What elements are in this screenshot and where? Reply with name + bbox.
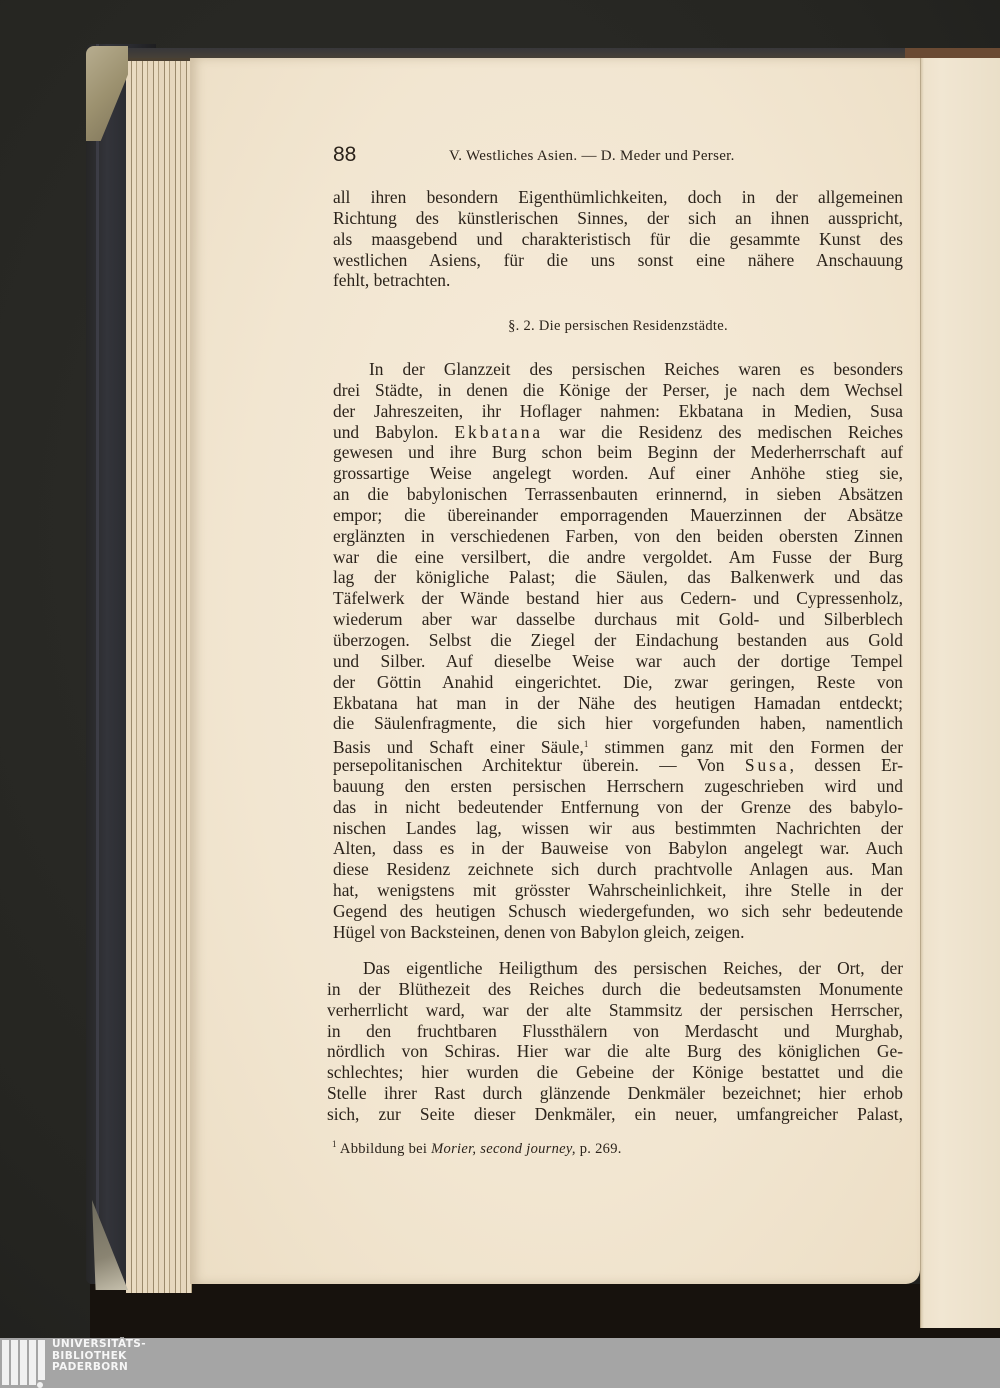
text-line: lag der königliche Palast; die Säulen, d… <box>333 567 903 588</box>
text-line: persepolitanischen Architektur überein. … <box>333 755 903 776</box>
text-line: Richtung des künstlerischen Sinnes, der … <box>333 208 903 229</box>
text-line: der Jahreszeiten, ihr Hoflager nahmen: E… <box>333 401 903 422</box>
library-logo-icon <box>0 1340 44 1386</box>
library-footer-bar <box>0 1338 1000 1388</box>
text-line: drei Städte, in denen die Könige der Per… <box>333 380 903 401</box>
text-line: empor; die übereinander emporragenden Ma… <box>333 505 903 526</box>
logo-line-1: UNIVERSITÄTS- <box>52 1339 146 1351</box>
text-line: der Göttin Anahid eingerichtet. Die, zwa… <box>333 672 903 693</box>
text-line: das in nicht bedeutender Entfernung von … <box>333 797 903 818</box>
text-line: in den fruchtbaren Flussthälern von Merd… <box>327 1021 903 1042</box>
text-line: bauung den ersten persischen Herrschern … <box>333 776 903 797</box>
emphasized-name: Susa <box>745 755 790 775</box>
text-line: überzogen. Selbst die Ziegel der Eindach… <box>333 630 903 651</box>
text-run: und Babylon. <box>333 422 454 442</box>
text-line: nischen Landes lag, wissen wir aus besti… <box>333 818 903 839</box>
text-line: war die eine versilbert, die andre vergo… <box>333 547 903 568</box>
text-line: schlechtes; hier wurden die Gebeine der … <box>327 1062 903 1083</box>
text-run: persepolitanischen Architektur überein. … <box>333 755 745 775</box>
facing-page-edge <box>920 58 1000 1328</box>
footnote-citation: Morier, second journey, <box>431 1141 576 1157</box>
emphasized-name: Ekbatana <box>454 422 543 442</box>
footnote-text: p. 269. <box>576 1141 622 1157</box>
text-line: in der Blüthezeit des Reiches durch die … <box>327 979 903 1000</box>
text-line: wiederum aber war dasselbe durchaus mit … <box>333 609 903 630</box>
text-run: war die Residenz des medischen Reiches <box>543 422 903 442</box>
paragraph-continued: all ihren besondern Eigenthümlichkeiten,… <box>333 187 903 291</box>
section-heading: §. 2. Die persischen Residenzstädte. <box>333 318 903 335</box>
paragraph-residences: In der Glanzzeit des persischen Reiches … <box>333 359 903 943</box>
text-line: und Babylon. Ekbatana war die Residenz d… <box>333 422 903 443</box>
text-line: Ekbatana hat man in der Nähe des heutige… <box>333 693 903 714</box>
text-line: erglänzten in verschiedenen Farben, von … <box>333 526 903 547</box>
library-logo-text: UNIVERSITÄTS- BIBLIOTHEK PADERBORN <box>52 1339 146 1374</box>
footnote: 1 Abbildung bei Morier, second journey, … <box>332 1139 622 1158</box>
text-run: , dessen Er- <box>790 755 903 775</box>
footnote-text: Abbildung bei <box>337 1141 431 1157</box>
text-line: In der Glanzzeit des persischen Reiches … <box>333 359 903 380</box>
page-number: 88 <box>333 143 356 167</box>
text-line: Stelle ihrer Rast durch glänzende Denkmä… <box>327 1083 903 1104</box>
text-line: diese Residenz zeichnete sich durch prac… <box>333 859 903 880</box>
text-line: die Säulenfragmente, die sich hier vorge… <box>333 713 903 734</box>
text-line: und Silber. Auf dieselbe Weise war auch … <box>333 651 903 672</box>
text-line: sich, zur Seite dieser Denkmäler, ein ne… <box>327 1104 903 1125</box>
text-line: grossartige Weise angelegt worden. Auf e… <box>333 463 903 484</box>
running-head: V. Westliches Asien. — D. Meder und Pers… <box>449 148 735 165</box>
text-line: gewesen und ihre Burg schon beim Beginn … <box>333 442 903 463</box>
text-line: hat, wenigstens mit grösster Wahrscheinl… <box>333 880 903 901</box>
text-line: all ihren besondern Eigenthümlichkeiten,… <box>333 187 903 208</box>
text-line: an die babylonischen Terrassenbauten eri… <box>333 484 903 505</box>
text-line: nördlich von Schiras. Hier war die alte … <box>327 1041 903 1062</box>
book-shadow <box>90 1284 1000 1338</box>
text-line: westlichen Asiens, für die uns sonst ein… <box>333 250 903 271</box>
text-line: Basis und Schaft einer Säule,1 stimmen g… <box>333 734 903 755</box>
text-line: Hügel von Backsteinen, denen von Babylon… <box>333 922 903 943</box>
logo-line-3: PADERBORN <box>52 1362 146 1374</box>
text-line: als maasgebend und charakteristisch für … <box>333 229 903 250</box>
text-line: Gegend des heutigen Schusch wiedergefund… <box>333 901 903 922</box>
text-line: fehlt, betrachten. <box>333 270 903 291</box>
page-header: 88 V. Westliches Asien. — D. Meder und P… <box>333 143 903 167</box>
text-line: verherrlicht ward, war der alte Stammsit… <box>327 1000 903 1021</box>
text-line: Täfelwerk der Wände bestand hier aus Ced… <box>333 588 903 609</box>
library-logo-dot-icon <box>37 1382 43 1388</box>
text-line: Alten, dass es in der Bauweise von Babyl… <box>333 838 903 859</box>
page-stack-edges <box>126 58 192 1293</box>
text-line: Das eigentliche Heiligthum des persische… <box>327 958 903 979</box>
paragraph-sanctuary: Das eigentliche Heiligthum des persische… <box>327 958 903 1125</box>
